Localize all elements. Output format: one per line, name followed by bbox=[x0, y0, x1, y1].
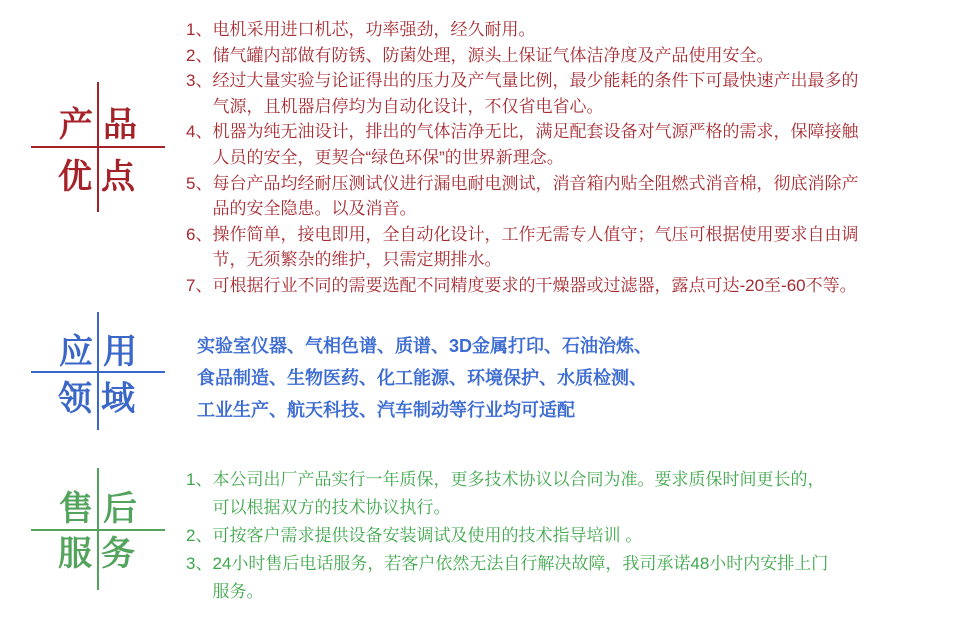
item-number: 1、 bbox=[186, 466, 212, 494]
list-item: 2、 可按客户需求提供设备安装调试及使用的技术指导培训 。 bbox=[186, 522, 956, 550]
section-label-char: 后 bbox=[100, 489, 140, 529]
section-label-char: 服 bbox=[55, 534, 95, 574]
label-cross-horizontal-line bbox=[31, 529, 165, 531]
item-number: 2、 bbox=[186, 522, 212, 550]
item-text-line: 可以根据双方的技术协议执行。 bbox=[212, 494, 956, 522]
item-text-line: 24小时售后电话服务，若客户依然无法自行解决故障，我司承诺48小时内安排上门 bbox=[212, 550, 956, 578]
section-after-sales-service: 售 后 服 务 1、 本公司出厂产品实行一年质保，更多技术协议以合同为准。要求质… bbox=[0, 0, 960, 626]
list-item: 1、 本公司出厂产品实行一年质保，更多技术协议以合同为准。要求质保时间更长的， … bbox=[186, 466, 956, 522]
list-item: 3、 24小时售后电话服务，若客户依然无法自行解决故障，我司承诺48小时内安排上… bbox=[186, 550, 956, 606]
section-label-char: 务 bbox=[98, 534, 138, 574]
section-label-char: 售 bbox=[56, 489, 96, 529]
after-sales-service-list: 1、 本公司出厂产品实行一年质保，更多技术协议以合同为准。要求质保时间更长的， … bbox=[186, 466, 956, 606]
item-text-line: 可按客户需求提供设备安装调试及使用的技术指导培训 。 bbox=[212, 522, 956, 550]
item-text-line: 服务。 bbox=[212, 578, 956, 606]
item-text-line: 本公司出厂产品实行一年质保，更多技术协议以合同为准。要求质保时间更长的， bbox=[212, 466, 956, 494]
item-number: 3、 bbox=[186, 550, 212, 578]
